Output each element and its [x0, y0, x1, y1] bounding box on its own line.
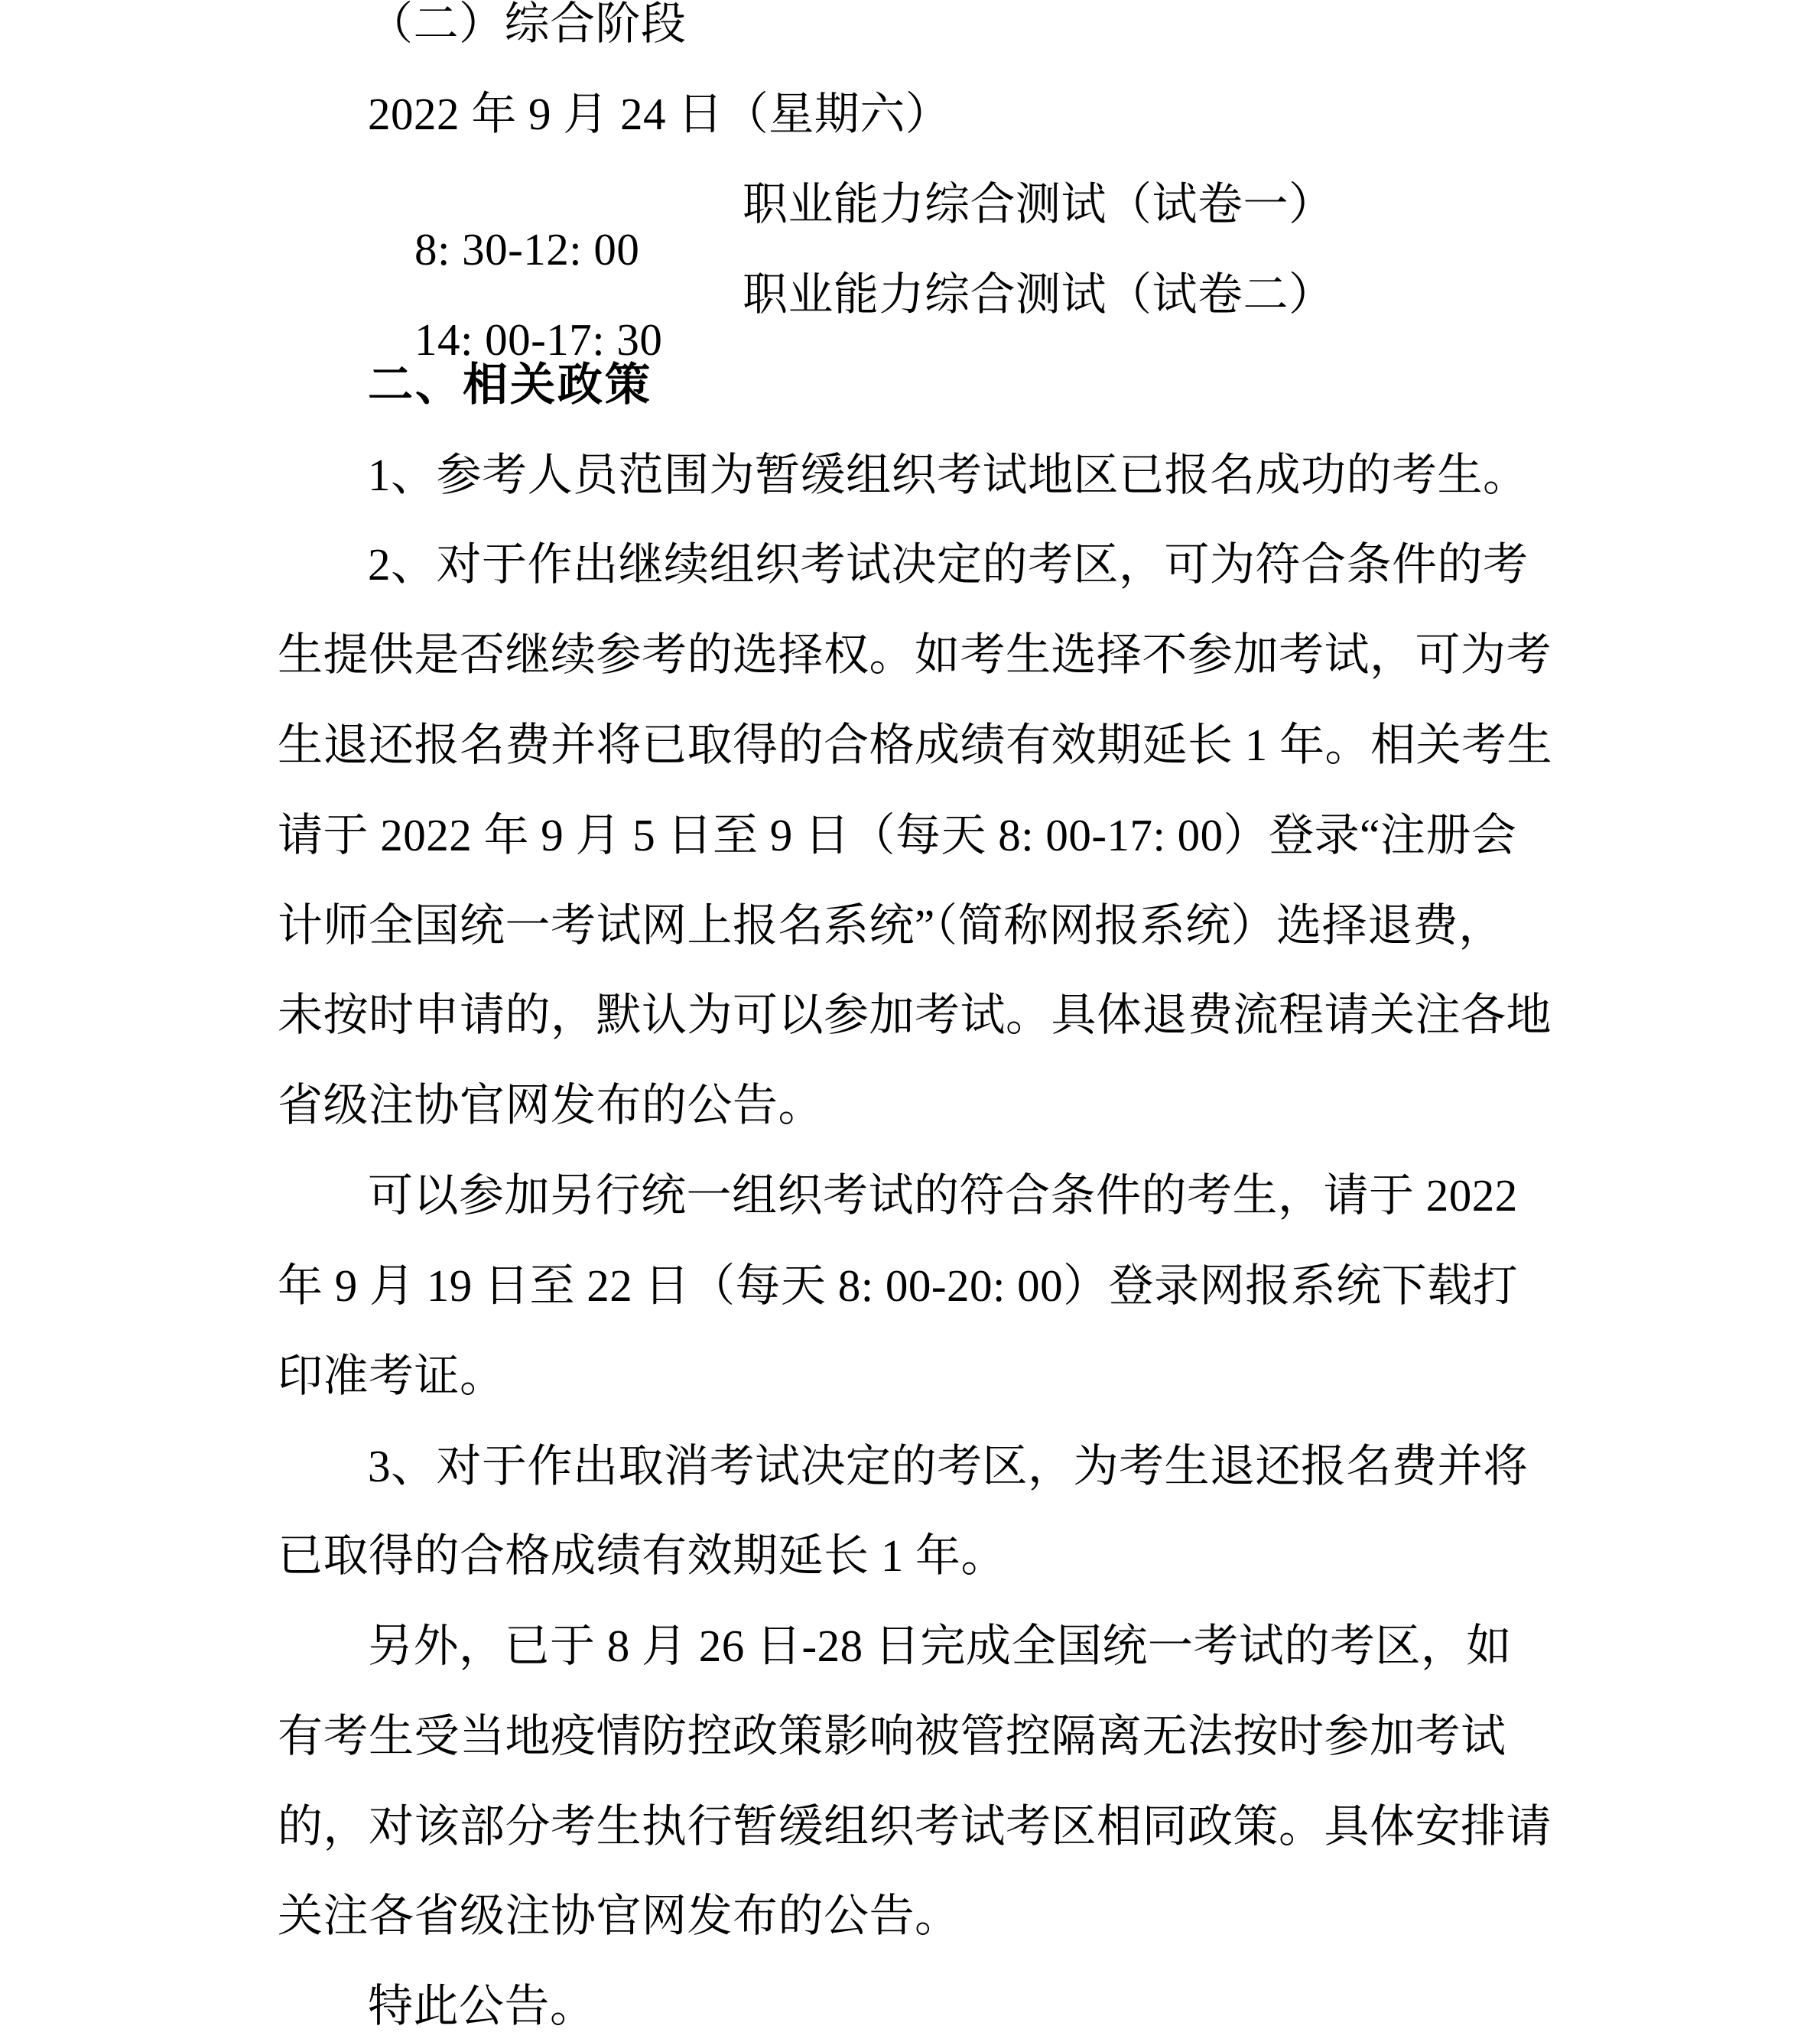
paragraph-line: 可以参加另行统一组织考试的符合条件的考生，请于 2022	[368, 1173, 1518, 1218]
exam-date-line: 2022 年 9 月 24 日（星期六）	[368, 92, 951, 137]
paragraph-line: 的，对该部分考生执行暂缓组织考试考区相同政策。具体安排请	[278, 1804, 1552, 1849]
paragraph-line: 省级注协官网发布的公告。	[278, 1083, 824, 1128]
subsection-heading: （二）综合阶段	[368, 2, 687, 47]
paragraph-line: 关注各省级注协官网发布的公告。	[278, 1894, 960, 1939]
paragraph-line: 生提供是否继续参考的选择权。如考生选择不参加考试，可为考	[278, 632, 1552, 678]
paragraph-line: 未按时申请的，默认为可以参加考试。具体退费流程请关注各地	[278, 993, 1552, 1038]
schedule-subject: 职业能力综合测试（试卷一）	[743, 182, 1334, 227]
paragraph-line: 另外，已于 8 月 26 日-28 日完成全国统一考试的考区，如	[368, 1624, 1512, 1669]
paragraph-line: 2、对于作出继续组织考试决定的考区，可为符合条件的考	[368, 542, 1529, 587]
document-page: （二）综合阶段 2022 年 9 月 24 日（星期六） 8: 30-12: 0…	[0, 0, 1820, 2042]
paragraph-line: 计师全国统一考试网上报名系统”（简称网报系统）选择退费，	[278, 903, 1504, 948]
paragraph-line: 有考生受当地疫情防控政策影响被管控隔离无法按时参加考试	[278, 1714, 1506, 1759]
section-heading: 二、相关政策	[368, 363, 652, 408]
paragraph-line: 1、参考人员范围为暂缓组织考试地区已报名成功的考生。	[368, 453, 1529, 498]
paragraph-line: 印准考证。	[278, 1354, 505, 1399]
paragraph-line: 3、对于作出取消考试决定的考区，为考生退还报名费并将	[368, 1444, 1529, 1489]
paragraph-line: 年 9 月 19 日至 22 日（每天 8: 00-20: 00）登录网报系统下…	[278, 1263, 1518, 1309]
schedule-time: 14: 00-17: 30	[414, 314, 662, 365]
paragraph-line: 请于 2022 年 9 月 5 日至 9 日（每天 8: 00-17: 00）登…	[278, 813, 1516, 858]
schedule-time: 8: 30-12: 00	[414, 224, 639, 275]
paragraph-line: 已取得的合格成绩有效期延长 1 年。	[278, 1533, 1006, 1579]
paragraph-line: 生退还报名费并将已取得的合格成绩有效期延长 1 年。相关考生	[278, 723, 1552, 768]
closing-line: 特此公告。	[368, 1984, 596, 2029]
schedule-subject: 职业能力综合测试（试卷二）	[743, 272, 1334, 317]
